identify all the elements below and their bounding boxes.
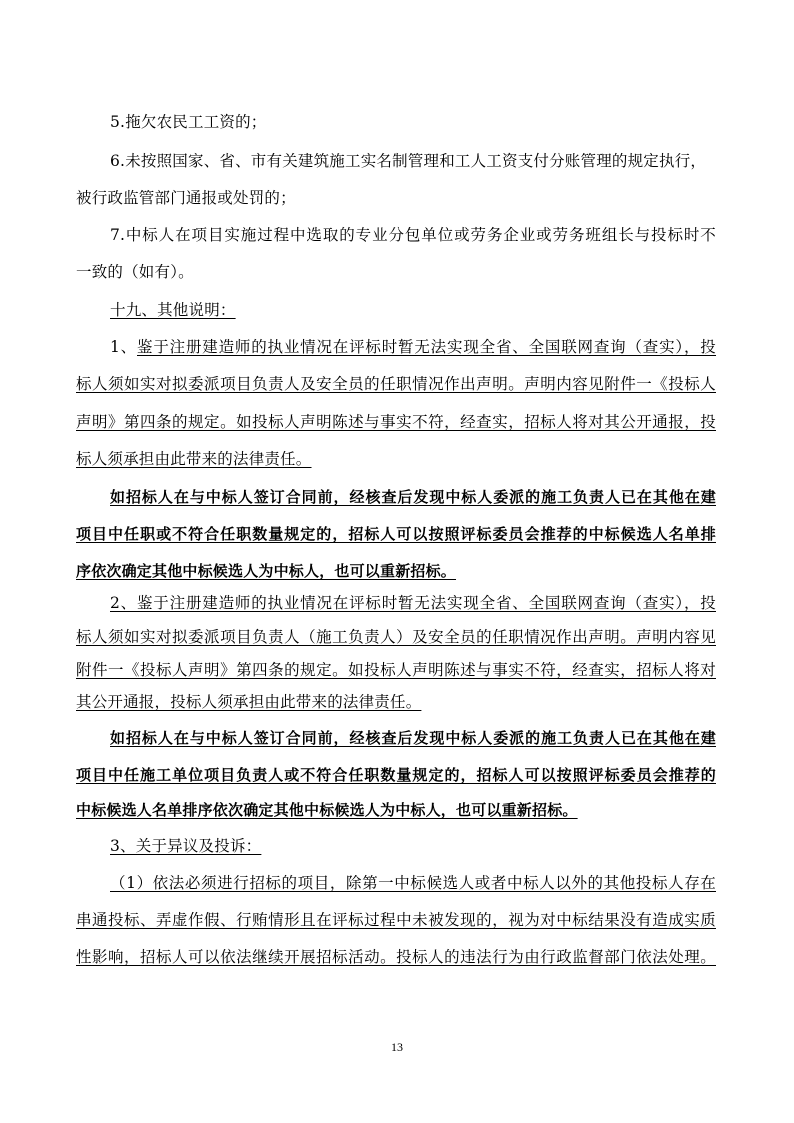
note-1-bold-line-1: 如招标人在与中标人签订合同前，经核查后发现中标人委派的施工负责人已在其他在建 bbox=[110, 487, 716, 507]
note-1-text: 标人须如实对拟委派项目负责人及安全员的任职情况作出声明。声明内容见附件一《投标人 bbox=[76, 375, 716, 393]
page-number: 13 bbox=[0, 1040, 794, 1055]
note-2-text: 附件一《投标人声明》第四条的规定。如投标人声明陈述与事实不符，经查实，招标人将对 bbox=[76, 661, 716, 679]
note-1-bold-text: 项目中任职或不符合任职数量规定的，招标人可以按照评标委员会推荐的中标候选人名单排 bbox=[76, 525, 716, 543]
note-1-text: 声明》第四条的规定。如投标人声明陈述与事实不符，经查实，招标人将对其公开通报，投 bbox=[76, 413, 716, 431]
note-2-bold-line-3: 中标候选人名单排序依次确定其他中标候选人为中标人，也可以重新招标。 bbox=[76, 800, 716, 820]
note-2-line-4: 其公开通报，投标人须承担由此带来的法律责任。 bbox=[76, 692, 716, 712]
note-2-text: 标人须如实对拟委派项目负责人（施工负责人）及安全员的任职情况作出声明。声明内容见 bbox=[76, 628, 716, 646]
item-7-line-2: 一致的（如有）。 bbox=[76, 262, 716, 282]
note-3-heading: 3、关于异议及投诉： bbox=[110, 836, 716, 856]
note-1-bold-text: 序依次确定其他中标候选人为中标人，也可以重新招标。 bbox=[76, 562, 456, 580]
note-2-bold-text: 如招标人在与中标人签订合同前，经核查后发现中标人委派的施工负责人已在其他在建 bbox=[110, 729, 716, 747]
note-3-1-line-1: （1）依法必须进行招标的项目，除第一中标候选人或者中标人以外的其他投标人存在 bbox=[110, 873, 716, 893]
document-page: 5.拖欠农民工工资的； 6.未按照国家、省、市有关建筑施工实名制管理和工人工资支… bbox=[0, 0, 794, 1123]
note-1-bold-line-2: 项目中任职或不符合任职数量规定的，招标人可以按照评标委员会推荐的中标候选人名单排 bbox=[76, 524, 716, 544]
section-19-title: 十九、其他说明： bbox=[110, 301, 236, 319]
note-2-line-3: 附件一《投标人声明》第四条的规定。如投标人声明陈述与事实不符，经查实，招标人将对 bbox=[76, 660, 716, 680]
note-3-1-line-3: 性影响，招标人可以依法继续开展招标活动。投标人的违法行为由行政监督部门依法处理。 bbox=[76, 947, 716, 967]
item-6-line-2: 被行政监管部门通报或处罚的； bbox=[76, 188, 716, 208]
section-19-heading: 十九、其他说明： bbox=[110, 300, 716, 320]
note-1-text: 鉴于注册建造师的执业情况在评标时暂无法实现全省、全国联网查询（查实），投 bbox=[137, 338, 716, 356]
note-1-text: 标人须承担由此带来的法律责任。 bbox=[76, 450, 312, 468]
note-2-bold-text: 项目中任施工单位项目负责人或不符合任职数量规定的，招标人可以按照评标委员会推荐的 bbox=[76, 766, 716, 784]
note-2-bold-line-2: 项目中任施工单位项目负责人或不符合任职数量规定的，招标人可以按照评标委员会推荐的 bbox=[76, 765, 716, 785]
note-3-1-text: 性影响，招标人可以依法继续开展招标活动。投标人的违法行为由行政监督部门依法处理。 bbox=[76, 948, 716, 966]
note-1-line-3: 声明》第四条的规定。如投标人声明陈述与事实不符，经查实，招标人将对其公开通报，投 bbox=[76, 412, 716, 432]
note-2-text: 2、鉴于注册建造师的执业情况在评标时暂无法实现全省、全国联网查询（查实），投 bbox=[110, 594, 716, 612]
note-3-1-line-2: 串通投标、弄虚作假、行贿情形且在评标过程中未被发现的，视为对中标结果没有造成实质 bbox=[76, 910, 716, 930]
note-2-line-1: 2、鉴于注册建造师的执业情况在评标时暂无法实现全省、全国联网查询（查实），投 bbox=[110, 593, 716, 613]
note-1-prefix: 1、 bbox=[110, 338, 137, 356]
note-2-line-2: 标人须如实对拟委派项目负责人（施工负责人）及安全员的任职情况作出声明。声明内容见 bbox=[76, 627, 716, 647]
note-3-1-text: （1）依法必须进行招标的项目，除第一中标候选人或者中标人以外的其他投标人存在 bbox=[110, 874, 716, 892]
note-2-text: 其公开通报，投标人须承担由此带来的法律责任。 bbox=[76, 693, 421, 711]
item-5-line: 5.拖欠农民工工资的； bbox=[110, 112, 716, 132]
note-1-bold-line-3: 序依次确定其他中标候选人为中标人，也可以重新招标。 bbox=[76, 561, 716, 581]
note-3-1-text: 串通投标、弄虚作假、行贿情形且在评标过程中未被发现的，视为对中标结果没有造成实质 bbox=[76, 911, 716, 929]
item-6-line-1: 6.未按照国家、省、市有关建筑施工实名制管理和工人工资支付分账管理的规定执行， bbox=[110, 151, 716, 171]
note-2-bold-text: 中标候选人名单排序依次确定其他中标候选人为中标人，也可以重新招标。 bbox=[76, 801, 578, 819]
note-1-line-1: 1、鉴于注册建造师的执业情况在评标时暂无法实现全省、全国联网查询（查实），投 bbox=[110, 337, 716, 357]
note-1-line-2: 标人须如实对拟委派项目负责人及安全员的任职情况作出声明。声明内容见附件一《投标人 bbox=[76, 374, 716, 394]
note-3-title: 3、关于异议及投诉： bbox=[110, 837, 261, 855]
item-7-line-1: 7.中标人在项目实施过程中选取的专业分包单位或劳务企业或劳务班组长与投标时不 bbox=[110, 225, 716, 245]
note-2-bold-line-1: 如招标人在与中标人签订合同前，经核查后发现中标人委派的施工负责人已在其他在建 bbox=[110, 728, 716, 748]
note-1-bold-text: 如招标人在与中标人签订合同前，经核查后发现中标人委派的施工负责人已在其他在建 bbox=[110, 488, 716, 506]
note-1-line-4: 标人须承担由此带来的法律责任。 bbox=[76, 449, 716, 469]
